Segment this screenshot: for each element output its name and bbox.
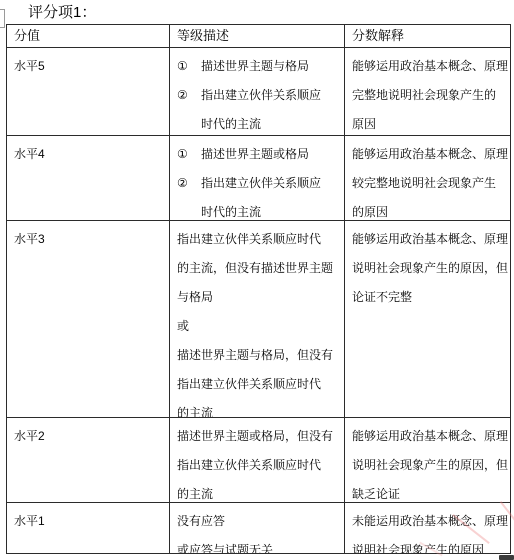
table-row-水平4: 水平4①描述世界主题或格局②指出建立伙伴关系顺应时代的主流能够运用政治基本概念、… bbox=[7, 136, 510, 221]
score-explanation-cell: 未能运用政治基本概念、原理说明社会现象产生的原因 bbox=[345, 503, 510, 553]
header-cell: 分值 bbox=[7, 25, 170, 47]
score-explanation-cell: 能够运用政治基本概念、原理较完整地说明社会现象产生的原因 bbox=[345, 136, 510, 220]
text-line: 描述世界主题与格局，但没有 bbox=[177, 341, 342, 370]
text-line: 完整地说明社会现象产生的 bbox=[352, 81, 508, 110]
text-line: 缺乏论证 bbox=[352, 480, 508, 502]
text-line: 指出建立伙伴关系顺应时代 bbox=[177, 370, 342, 399]
text-line: 能够运用政治基本概念、原理 bbox=[352, 52, 508, 81]
text-line: 原因 bbox=[352, 110, 508, 135]
level-cell: 水平2 bbox=[7, 418, 170, 502]
text-line: 的主流 bbox=[177, 399, 342, 417]
line-text: 指出建立伙伴关系顺应时代 bbox=[177, 377, 321, 391]
level-cell: 水平5 bbox=[7, 48, 170, 135]
line-text: 指出建立伙伴关系顺应 bbox=[201, 176, 321, 190]
line-text: 时代的主流 bbox=[201, 205, 261, 219]
line-text: 或应答与试题无关 bbox=[177, 543, 273, 553]
line-text: 时代的主流 bbox=[201, 117, 261, 131]
table-row-水平1: 水平1没有应答或应答与试题无关未能运用政治基本概念、原理说明社会现象产生的原因 bbox=[7, 503, 510, 553]
numbered-line: ②指出建立伙伴关系顺应 bbox=[177, 169, 342, 198]
text-line: 与格局 bbox=[177, 283, 342, 312]
line-text: 能够运用政治基本概念、原理 bbox=[352, 429, 508, 443]
numbered-line: ①描述世界主题或格局 bbox=[177, 140, 342, 169]
level-cell: 水平3 bbox=[7, 221, 170, 417]
text-line: 或应答与试题无关 bbox=[177, 536, 342, 553]
line-text: 描述世界主题与格局 bbox=[201, 59, 309, 73]
text-line: 描述世界主题或格局，但没有 bbox=[177, 422, 342, 451]
table-header-row: 分值等级描述分数解释 bbox=[7, 25, 510, 48]
line-text: 描述世界主题或格局，但没有 bbox=[177, 429, 333, 443]
line-text: 原因 bbox=[352, 117, 376, 131]
level-cell: 水平4 bbox=[7, 136, 170, 220]
header-cell: 分数解释 bbox=[345, 25, 510, 47]
text-line: 能够运用政治基本概念、原理 bbox=[352, 422, 508, 451]
line-text: 的主流，但没有描述世界主题 bbox=[177, 261, 333, 275]
line-text: 能够运用政治基本概念、原理 bbox=[352, 232, 508, 246]
text-line: 时代的主流 bbox=[177, 198, 342, 220]
line-text: 的主流 bbox=[177, 406, 213, 417]
circled-number-marker: ② bbox=[177, 169, 201, 198]
level-description-cell: 没有应答或应答与试题无关 bbox=[170, 503, 345, 553]
level-label: 水平1 bbox=[14, 507, 167, 536]
circled-number-marker: ② bbox=[177, 81, 201, 110]
line-text: 的原因 bbox=[352, 205, 388, 219]
numbered-line: ①描述世界主题与格局 bbox=[177, 52, 342, 81]
text-line: 的主流，但没有描述世界主题 bbox=[177, 254, 342, 283]
line-text: 指出建立伙伴关系顺应时代 bbox=[177, 458, 321, 472]
section-title: 评分项1： bbox=[28, 3, 96, 23]
scan-corner-artifact bbox=[499, 555, 514, 560]
line-text: 说明社会现象产生的原因，但 bbox=[352, 261, 508, 275]
numbered-line: ②指出建立伙伴关系顺应 bbox=[177, 81, 342, 110]
level-description-cell: 指出建立伙伴关系顺应时代的主流，但没有描述世界主题与格局或描述世界主题与格局，但… bbox=[170, 221, 345, 417]
line-text: 未能运用政治基本概念、原理 bbox=[352, 514, 508, 528]
header-cell: 等级描述 bbox=[170, 25, 345, 47]
score-explanation-cell: 能够运用政治基本概念、原理完整地说明社会现象产生的原因 bbox=[345, 48, 510, 135]
line-text: 能够运用政治基本概念、原理 bbox=[352, 147, 508, 161]
line-text: 说明社会现象产生的原因，但 bbox=[352, 458, 508, 472]
circled-number-marker: ① bbox=[177, 52, 201, 81]
text-line: 能够运用政治基本概念、原理 bbox=[352, 225, 508, 254]
level-label: 水平5 bbox=[14, 52, 167, 81]
level-label: 水平3 bbox=[14, 225, 167, 254]
line-text: 论证不完整 bbox=[352, 290, 412, 304]
table-row-水平5: 水平5①描述世界主题与格局②指出建立伙伴关系顺应时代的主流能够运用政治基本概念、… bbox=[7, 48, 510, 136]
line-text: 描述世界主题与格局，但没有 bbox=[177, 348, 333, 362]
level-description-cell: ①描述世界主题或格局②指出建立伙伴关系顺应时代的主流 bbox=[170, 136, 345, 220]
level-description-cell: ①描述世界主题与格局②指出建立伙伴关系顺应时代的主流 bbox=[170, 48, 345, 135]
score-explanation-cell: 能够运用政治基本概念、原理说明社会现象产生的原因，但论证不完整 bbox=[345, 221, 510, 417]
score-explanation-cell: 能够运用政治基本概念、原理说明社会现象产生的原因，但缺乏论证 bbox=[345, 418, 510, 502]
level-description-cell: 描述世界主题或格局，但没有指出建立伙伴关系顺应时代的主流 bbox=[170, 418, 345, 502]
text-line: 或 bbox=[177, 312, 342, 341]
line-text: 能够运用政治基本概念、原理 bbox=[352, 59, 508, 73]
table-row-水平3: 水平3指出建立伙伴关系顺应时代的主流，但没有描述世界主题与格局或描述世界主题与格… bbox=[7, 221, 510, 418]
text-line: 说明社会现象产生的原因，但 bbox=[352, 254, 508, 283]
text-line: 能够运用政治基本概念、原理 bbox=[352, 140, 508, 169]
text-line: 的原因 bbox=[352, 198, 508, 220]
line-text: 没有应答 bbox=[177, 514, 225, 528]
line-text: 指出建立伙伴关系顺应 bbox=[201, 88, 321, 102]
level-label: 水平2 bbox=[14, 422, 167, 451]
level-label: 水平4 bbox=[14, 140, 167, 169]
text-line: 指出建立伙伴关系顺应时代 bbox=[177, 451, 342, 480]
text-line: 较完整地说明社会现象产生 bbox=[352, 169, 508, 198]
text-line: 说明社会现象产生的原因，但 bbox=[352, 451, 508, 480]
line-text: 完整地说明社会现象产生的 bbox=[352, 88, 496, 102]
text-line: 没有应答 bbox=[177, 507, 342, 536]
table-row-水平2: 水平2描述世界主题或格局，但没有指出建立伙伴关系顺应时代的主流能够运用政治基本概… bbox=[7, 418, 510, 503]
text-line: 说明社会现象产生的原因 bbox=[352, 536, 508, 553]
level-cell: 水平1 bbox=[7, 503, 170, 553]
text-line: 时代的主流 bbox=[177, 110, 342, 135]
circled-number-marker: ① bbox=[177, 140, 201, 169]
text-line: 的主流 bbox=[177, 480, 342, 502]
line-text: 缺乏论证 bbox=[352, 487, 400, 501]
line-text: 指出建立伙伴关系顺应时代 bbox=[177, 232, 321, 246]
line-text: 较完整地说明社会现象产生 bbox=[352, 176, 496, 190]
line-text: 说明社会现象产生的原因 bbox=[352, 543, 484, 553]
rubric-table: 分值等级描述分数解释水平5①描述世界主题与格局②指出建立伙伴关系顺应时代的主流能… bbox=[6, 24, 511, 554]
line-text: 描述世界主题或格局 bbox=[201, 147, 309, 161]
line-text: 或 bbox=[177, 319, 189, 333]
page-edge-artifact bbox=[0, 9, 5, 28]
text-line: 指出建立伙伴关系顺应时代 bbox=[177, 225, 342, 254]
line-text: 与格局 bbox=[177, 290, 213, 304]
line-text: 的主流 bbox=[177, 487, 213, 501]
text-line: 论证不完整 bbox=[352, 283, 508, 312]
text-line: 未能运用政治基本概念、原理 bbox=[352, 507, 508, 536]
